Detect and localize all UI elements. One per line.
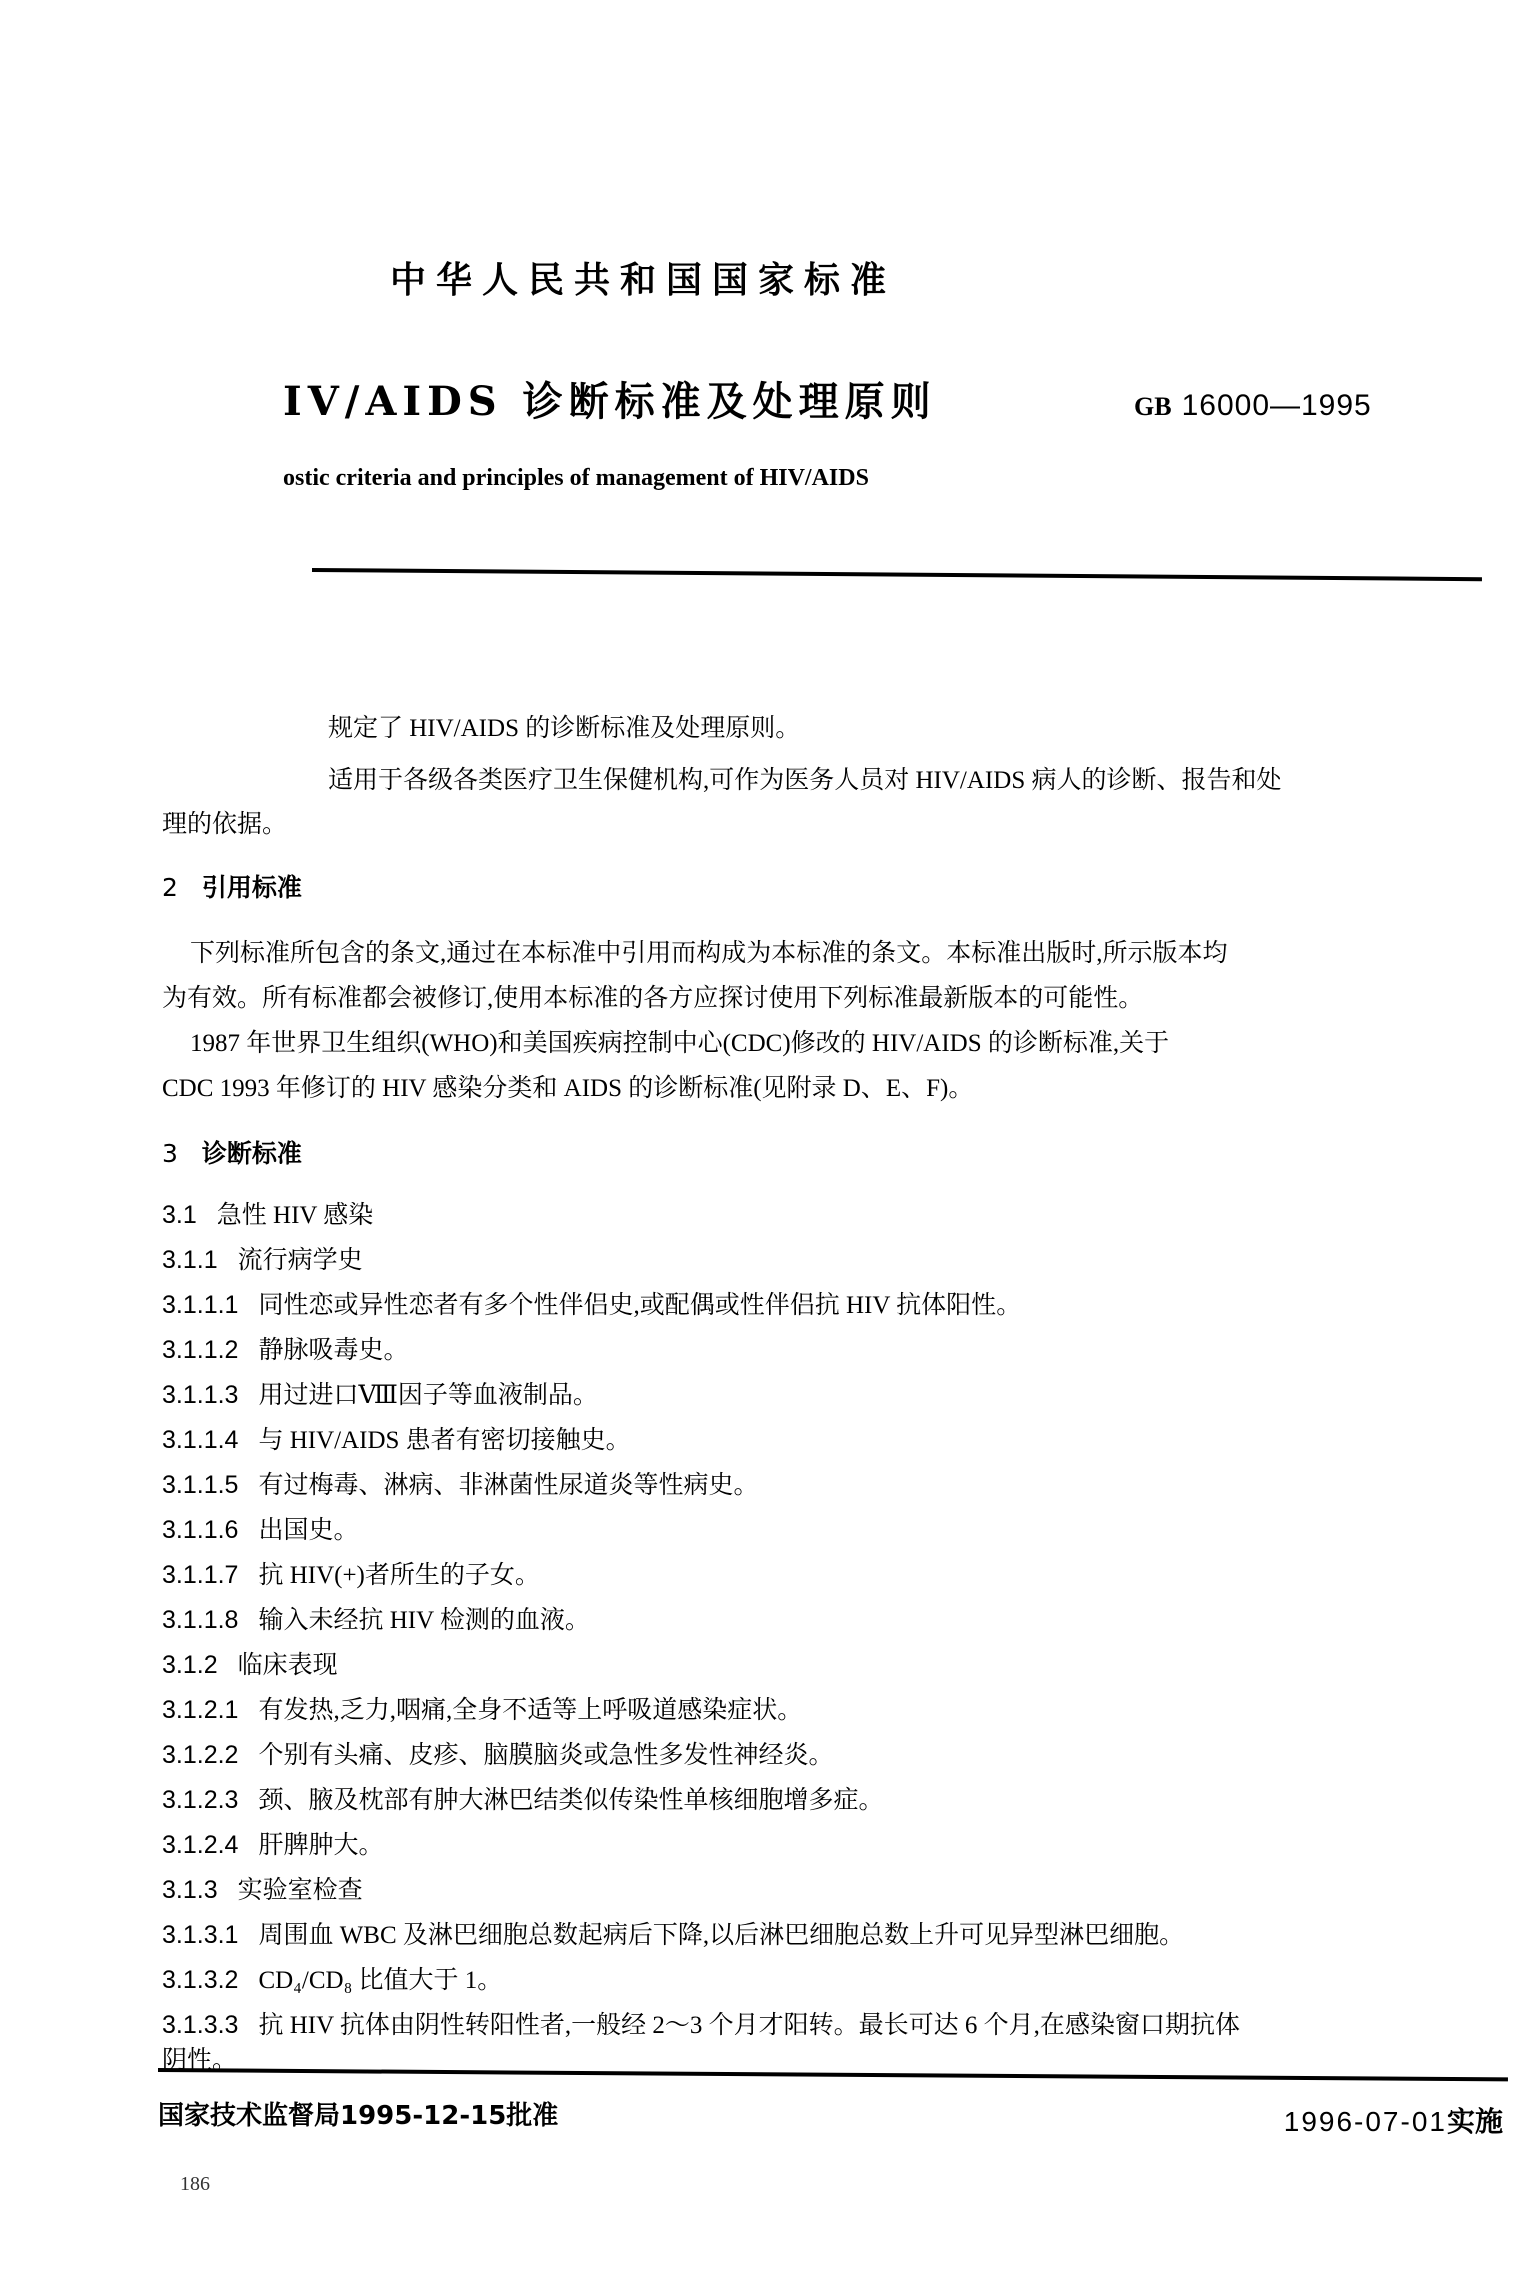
section-3-heading: 3诊断标准 [162, 1134, 302, 1170]
clause-3-1-3-2: 3.1.3.2CD₄/CD₈ 比值大于 1。 [162, 1960, 502, 1996]
page-number: 186 [180, 2173, 210, 2196]
document-title-cn: IV/AIDS 诊断标准及处理原则 [283, 370, 937, 427]
document-code: GB16000—1995 [1134, 388, 1372, 423]
clause-3-1-1-4: 3.1.1.4与 HIV/AIDS 患者有密切接触史。 [162, 1420, 631, 1456]
clause-3-1-2-3: 3.1.2.3颈、腋及枕部有肿大淋巴结类似传染性单核细胞增多症。 [162, 1780, 883, 1816]
doc-code-number: 16000—1995 [1182, 389, 1372, 422]
document-title-en: ostic criteria and principles of managem… [283, 465, 869, 492]
approval-line: 国家技术监督局1995-12-15批准 [158, 2095, 558, 2132]
section-3-title: 诊断标准 [202, 1139, 302, 1168]
section-2-para-2-line-1: 1987 年世界卫生组织(WHO)和美国疾病控制中心(CDC)修改的 HIV/A… [190, 1025, 1169, 1063]
clause-3-1-1-7: 3.1.1.7抗 HIV(+)者所生的子女。 [162, 1555, 540, 1591]
standard-type-header: 中华人民共和国国家标准 [390, 252, 896, 303]
clause-3-1-2-2: 3.1.2.2个别有头痛、皮疹、脑膜脑炎或急性多发性神经炎。 [162, 1735, 833, 1771]
section-3-number: 3 [162, 1139, 178, 1168]
clause-3-1-1-5: 3.1.1.5有过梅毒、淋病、非淋菌性尿道炎等性病史。 [162, 1465, 758, 1501]
header-divider [312, 568, 1482, 581]
clause-3-1-1-2: 3.1.1.2静脉吸毒史。 [162, 1330, 408, 1366]
section-2-para-2-line-2: CDC 1993 年修订的 HIV 感染分类和 AIDS 的诊断标准(见附录 D… [162, 1070, 973, 1108]
clause-3-1-1-6: 3.1.1.6出国史。 [162, 1510, 358, 1546]
clause-3-1-1-3: 3.1.1.3用过进口Ⅷ因子等血液制品。 [162, 1375, 598, 1411]
clause-3-1-3-1: 3.1.3.1周围血 WBC 及淋巴细胞总数起病后下降,以后淋巴细胞总数上升可见… [162, 1915, 1184, 1951]
clause-3-1-1-8: 3.1.1.8输入未经抗 HIV 检测的血液。 [162, 1600, 590, 1636]
section-2-number: 2 [162, 873, 178, 902]
doc-code-prefix: GB [1134, 392, 1172, 421]
clause-3-1-1: 3.1.1流行病学史 [162, 1240, 363, 1276]
clause-3-1-2-4: 3.1.2.4肝脾肿大。 [162, 1825, 383, 1861]
clause-3-1-2: 3.1.2临床表现 [162, 1645, 338, 1681]
clause-3-1-1-1: 3.1.1.1同性恋或异性恋者有多个性伴侣史,或配偶或性伴侣抗 HIV 抗体阳性… [162, 1285, 1021, 1321]
scope-paragraph-2-line-1: 适用于各级各类医疗卫生保健机构,可作为医务人员对 HIV/AIDS 病人的诊断、… [328, 762, 1281, 800]
effective-line: 1996-07-01实施 [1284, 2100, 1503, 2140]
effective-date: 1996-07-01 [1284, 2106, 1447, 2137]
section-2-title: 引用标准 [202, 873, 302, 902]
clause-3-1-3: 3.1.3实验室检查 [162, 1870, 363, 1906]
effective-label: 实施 [1447, 2105, 1503, 2138]
clause-3-1-2-1: 3.1.2.1有发热,乏力,咽痛,全身不适等上呼吸道感染症状。 [162, 1690, 802, 1726]
clause-3-1-3-3: 3.1.3.3抗 HIV 抗体由阴性转阳性者,一般经 2～3 个月才阳转。最长可… [162, 2005, 1240, 2041]
section-2-heading: 2引用标准 [162, 868, 302, 904]
section-2-para-1-line-1: 下列标准所包含的条文,通过在本标准中引用而构成为本标准的条文。本标准出版时,所示… [190, 935, 1228, 973]
footer-divider [158, 2068, 1508, 2081]
scope-paragraph-2-line-2: 理的依据。 [162, 806, 287, 844]
clause-3-1: 3.1急性 HIV 感染 [162, 1195, 373, 1231]
scope-paragraph-1: 规定了 HIV/AIDS 的诊断标准及处理原则。 [328, 710, 800, 748]
section-2-para-1-line-2: 为有效。所有标准都会被修订,使用本标准的各方应探讨使用下列标准最新版本的可能性。 [162, 980, 1143, 1018]
